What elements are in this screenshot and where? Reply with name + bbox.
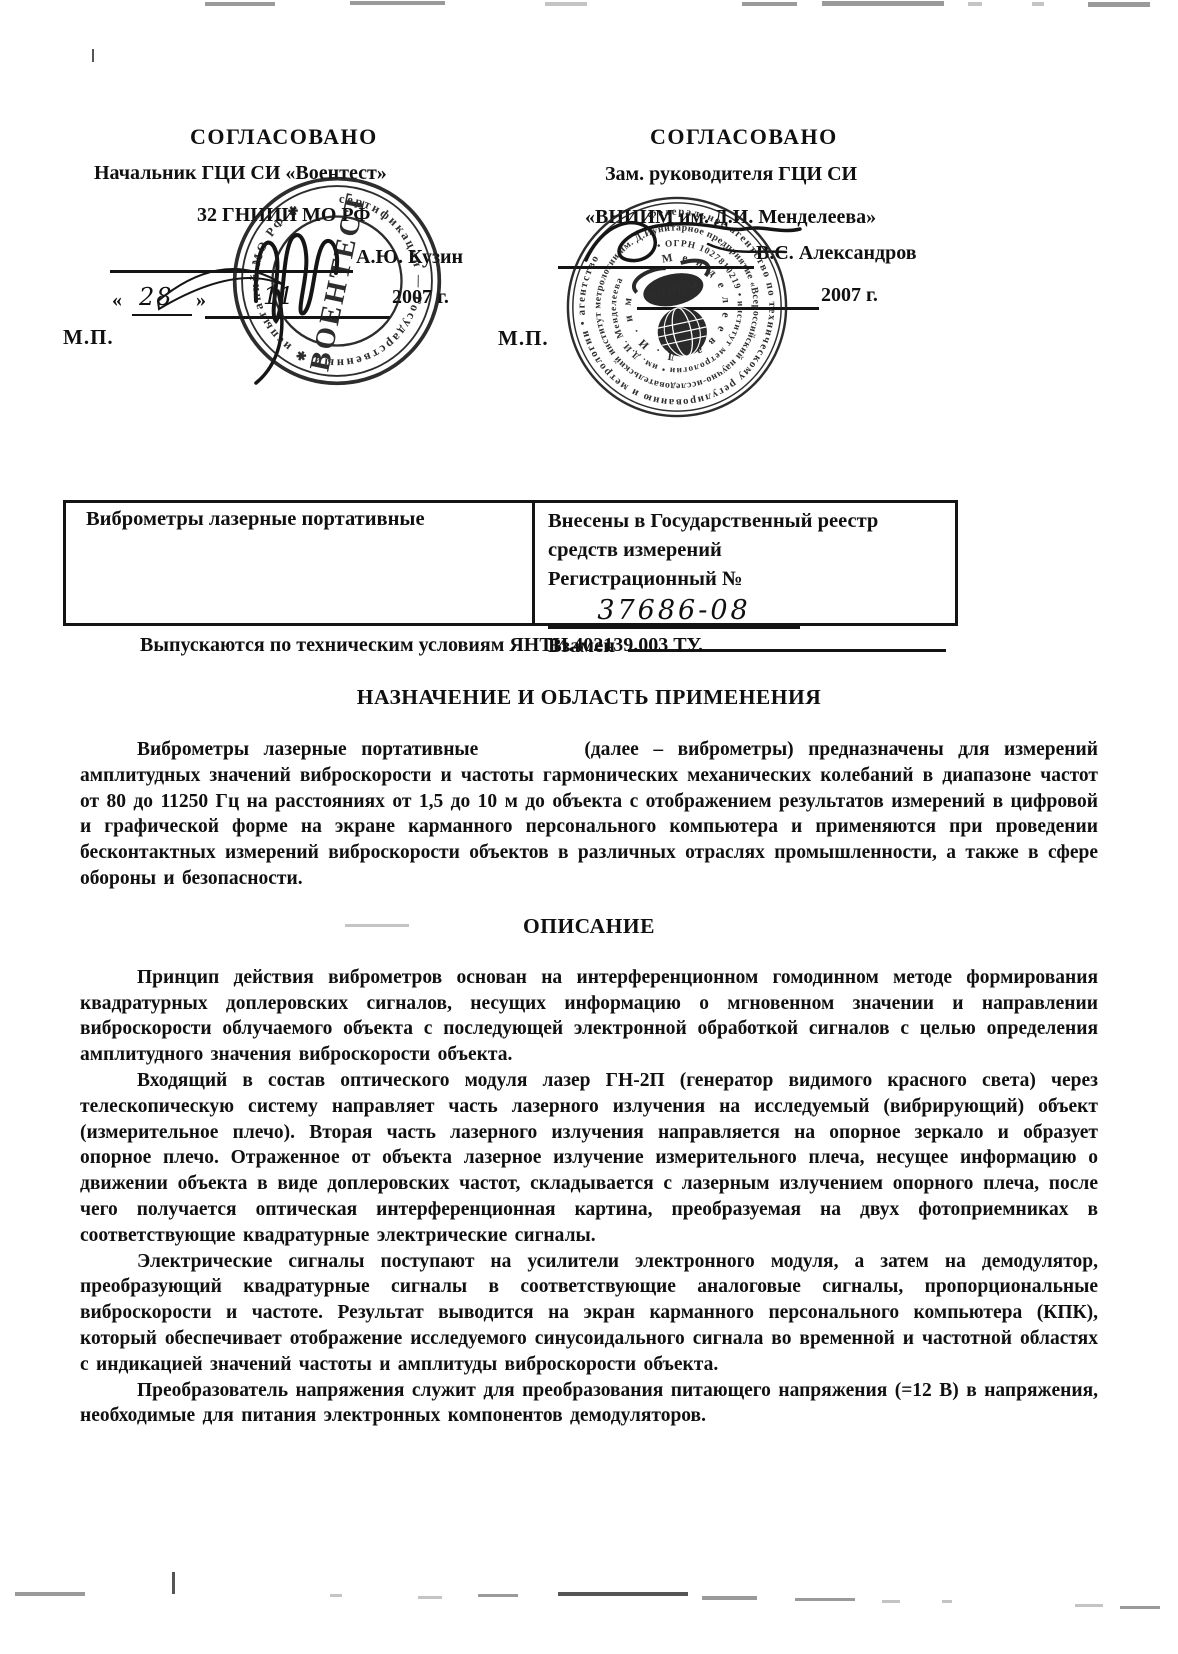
date-open-quote: « — [112, 289, 122, 312]
scan-artifact — [345, 924, 409, 927]
scan-artifact — [882, 1600, 900, 1603]
svg-text:• ОГРН 1027810219 • институт м: • ОГРН 1027810219 • институт метрологии … — [591, 221, 762, 392]
scan-artifact — [15, 1592, 85, 1596]
purpose-section-heading: НАЗНАЧЕНИЕ И ОБЛАСТЬ ПРИМЕНЕНИЯ — [60, 685, 1118, 710]
technical-conditions-line: Выпускаются по техническим условиям ЯНТИ… — [140, 634, 1178, 657]
registry-entry-cell: Внесены в Государственный реестр средств… — [535, 503, 955, 623]
approval-right-year: 2007 г. — [821, 284, 878, 307]
scan-artifact — [558, 1592, 688, 1596]
approval-left-seal-mark: М.П. — [63, 325, 114, 350]
voentest-stamp: сертификации — Государственный ✱ испытан… — [231, 175, 443, 387]
registration-number-row: Регистрационный № 37686-08 — [548, 565, 947, 629]
approval-right-org-line1: Зам. руководителя ГЦИ СИ — [605, 163, 857, 186]
registry-entry-line2: средств измерений — [548, 536, 947, 565]
description-section-heading: ОПИСАНИЕ — [60, 914, 1118, 939]
stamp-ring-texts: Федеральное агентство по техническому ре… — [564, 194, 790, 420]
document-page: СОГЛАСОВАНО Начальник ГЦИ СИ «Воентест» … — [0, 0, 1178, 1654]
scan-artifact — [172, 1572, 175, 1594]
scan-artifact — [478, 1594, 518, 1597]
description-paragraph: Принцип действия виброметров основан на … — [80, 965, 1098, 1068]
scan-artifact — [702, 1596, 757, 1600]
registry-table: Виброметры лазерные портативные Внесены … — [63, 500, 958, 626]
purpose-paragraph-lead: Виброметры лазерные портативные — [137, 739, 478, 760]
stamp-outer-ring2 — [573, 203, 781, 411]
registration-number-label: Регистрационный № — [548, 568, 743, 590]
scan-artifact — [418, 1596, 442, 1599]
description-paragraph: Преобразователь напряжения служит для пр… — [80, 1378, 1098, 1430]
description-paragraph: Входящий в состав оптического модуля лаз… — [80, 1068, 1098, 1249]
purpose-paragraph-rest: (далее – виброметры) предназначены для и… — [80, 739, 1098, 889]
scan-artifact — [1075, 1604, 1103, 1607]
scan-artifact — [942, 1600, 952, 1603]
vniim-stamp: Федеральное агентство по техническому ре… — [564, 194, 790, 420]
stamp-center-text: ВОЕНТЕСТ — [304, 189, 372, 374]
approvals-header: СОГЛАСОВАНО Начальник ГЦИ СИ «Воентест» … — [0, 0, 1178, 500]
document-body: Виброметры лазерные портативные Внесены … — [0, 500, 1178, 1429]
purpose-paragraph: Виброметры лазерные портативные(далее – … — [80, 737, 1098, 892]
description-paragraph: Электрические сигналы поступают на усили… — [80, 1249, 1098, 1378]
purpose-section-body: Виброметры лазерные портативные(далее – … — [80, 737, 1098, 892]
description-section-body: Принцип действия виброметров основан на … — [80, 965, 1098, 1429]
handwritten-registration-number: 37686-08 — [597, 595, 750, 626]
registry-entry-line1: Внесены в Государственный реестр — [548, 507, 947, 536]
registration-number-line: 37686-08 — [548, 594, 800, 629]
device-name-cell: Виброметры лазерные портативные — [66, 503, 535, 623]
scan-artifact — [795, 1598, 855, 1601]
scan-artifact — [1120, 1606, 1160, 1609]
approval-left-title: СОГЛАСОВАНО — [190, 124, 378, 150]
approval-right-seal-mark: М.П. — [498, 326, 549, 351]
scan-artifact — [330, 1594, 342, 1597]
approval-right-title: СОГЛАСОВАНО — [650, 124, 838, 150]
